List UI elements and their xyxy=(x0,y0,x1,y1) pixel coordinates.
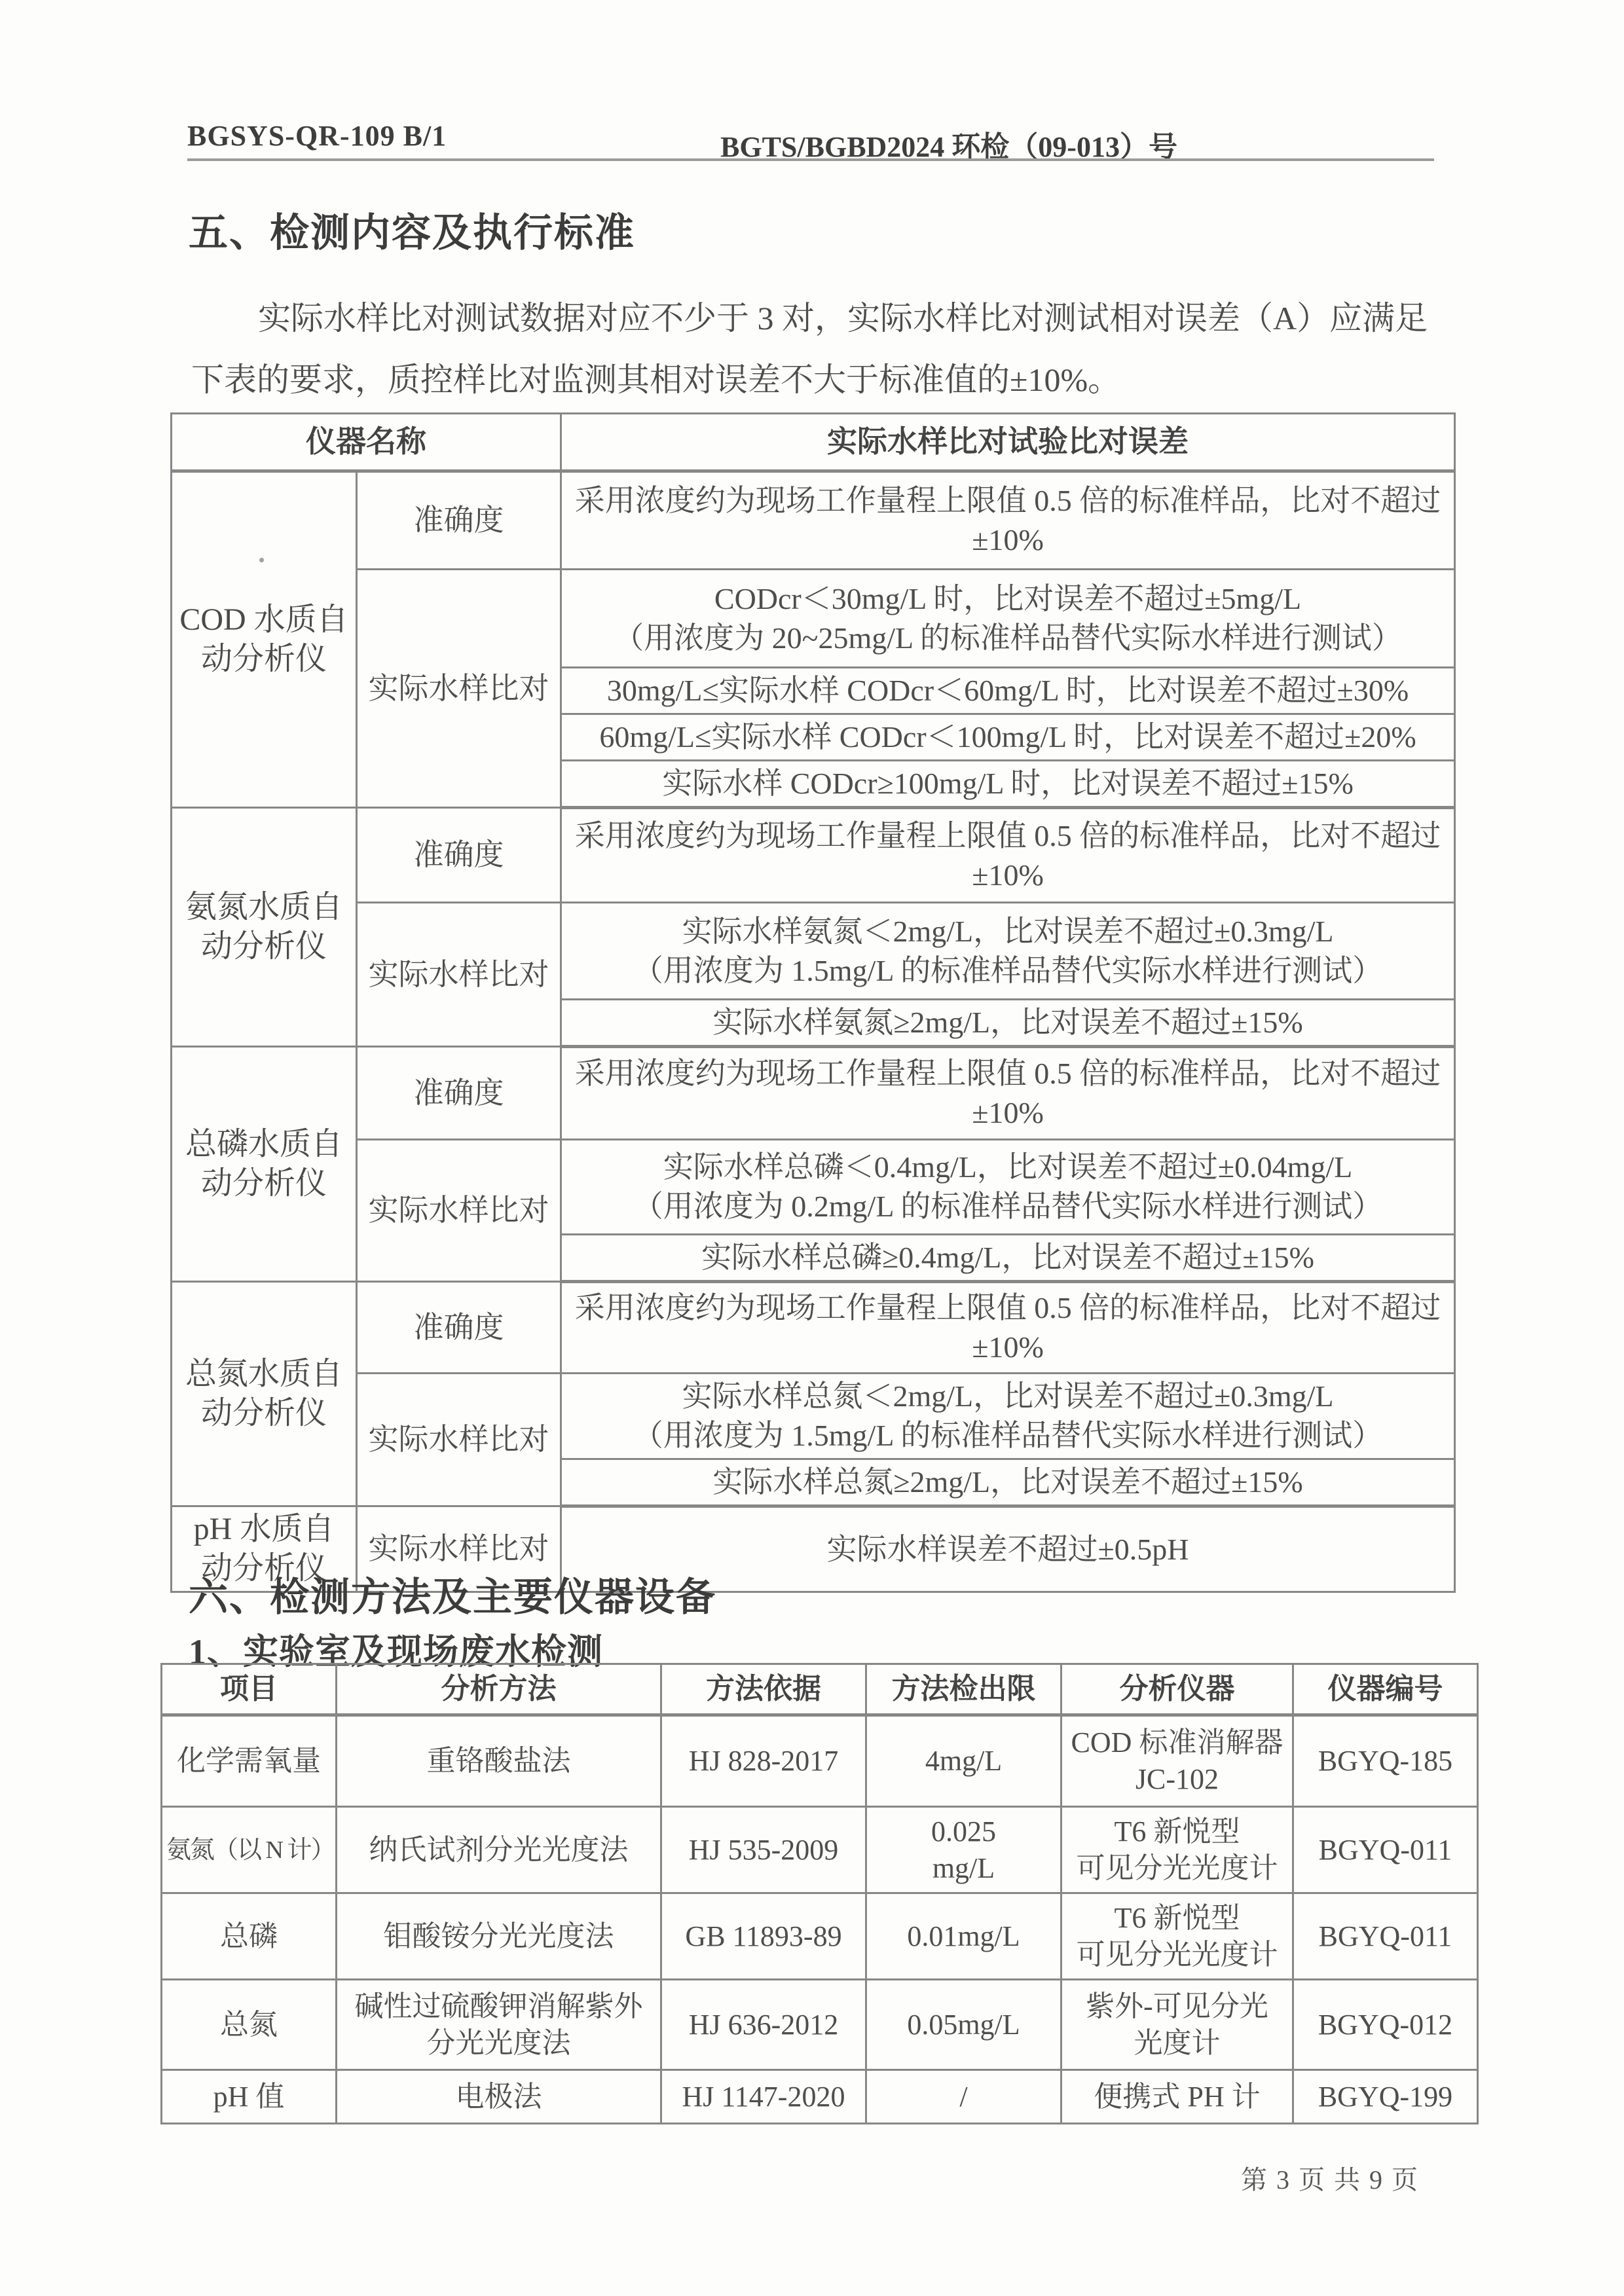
nh3-analyzer-name: 氨氮水质自 动分析仪 xyxy=(172,808,357,1047)
cod-compare-rule-4: 实际水样 CODcr≥100mg/L 时，比对误差不超过±15% xyxy=(561,761,1455,808)
col-header-item: 项目 xyxy=(162,1664,337,1715)
col-header-instrument: 分析仪器 xyxy=(1061,1664,1293,1715)
tn-standard: HJ 636-2012 xyxy=(661,1980,866,2070)
tn-accuracy-value: 采用浓度约为现场工作量程上限值 0.5 倍的标准样品，比对不超过 ±10% xyxy=(561,1282,1455,1374)
nh3-method: 纳氏试剂分光光度法 xyxy=(337,1807,661,1893)
tp-detection-limit: 0.01mg/L xyxy=(866,1893,1061,1980)
tn-accuracy-label: 准确度 xyxy=(357,1282,561,1374)
nh3-standard: HJ 535-2009 xyxy=(661,1807,866,1893)
section6-title: 六、检测方法及主要仪器设备 xyxy=(189,1566,716,1622)
cod-method: 重铬酸盐法 xyxy=(337,1715,661,1807)
cod-compare-label: 实际水样比对 xyxy=(357,570,561,808)
nh3-compare-rule-2: 实际水样氨氮≥2mg/L，比对误差不超过±15% xyxy=(561,1000,1455,1047)
tn-compare-rule-2: 实际水样总氮≥2mg/L，比对误差不超过±15% xyxy=(561,1459,1455,1506)
doc-form-code: BGSYS-QR-109 B/1 xyxy=(187,119,447,153)
tn-item: 总氮 xyxy=(162,1980,337,2070)
col-header-detection-limit: 方法检出限 xyxy=(866,1664,1061,1715)
ph-method: 电极法 xyxy=(337,2070,661,2124)
nh3-compare-rule-1: 实际水样氨氮＜2mg/L，比对误差不超过±0.3mg/L （用浓度为 1.5mg… xyxy=(561,903,1455,1000)
nh3-accuracy-value: 采用浓度约为现场工作量程上限值 0.5 倍的标准样品，比对不超过 ±10% xyxy=(561,808,1455,903)
tp-compare-rule-1: 实际水样总磷＜0.4mg/L，比对误差不超过±0.04mg/L （用浓度为 0.… xyxy=(561,1140,1455,1235)
tp-accuracy-label: 准确度 xyxy=(357,1047,561,1140)
intro-paragraph-line-1: 实际水样比对测试数据对应不少于 3 对，实际水样比对测试相对误差（A）应满足 xyxy=(258,292,1428,339)
tn-compare-rule-1: 实际水样总氮＜2mg/L，比对误差不超过±0.3mg/L （用浓度为 1.5mg… xyxy=(561,1374,1455,1459)
nh3-accuracy-label: 准确度 xyxy=(357,808,561,903)
table-row: 化学需氧量 重铬酸盐法 HJ 828-2017 4mg/L COD 标准消解器 … xyxy=(162,1715,1478,1807)
table-row: 实际水样比对 实际水样总氮＜2mg/L，比对误差不超过±0.3mg/L （用浓度… xyxy=(172,1374,1455,1459)
table-row: 氨氮（以 N 计） 纳氏试剂分光光度法 HJ 535-2009 0.025 mg… xyxy=(162,1807,1478,1893)
table-header-row: 项目 分析方法 方法依据 方法检出限 分析仪器 仪器编号 xyxy=(162,1664,1478,1715)
ph-detection-limit: / xyxy=(866,2070,1061,2124)
tp-instrument-no: BGYQ-011 xyxy=(1293,1893,1478,1980)
tp-analyzer-name: 总磷水质自 动分析仪 xyxy=(172,1047,357,1282)
col-header-instrument: 仪器名称 xyxy=(172,414,561,471)
tn-compare-label: 实际水样比对 xyxy=(357,1374,561,1506)
tp-compare-rule-2: 实际水样总磷≥0.4mg/L，比对误差不超过±15% xyxy=(561,1235,1455,1282)
cod-standard: HJ 828-2017 xyxy=(661,1715,866,1807)
col-header-error: 实际水样比对试验比对误差 xyxy=(561,414,1455,471)
cod-compare-rule-3: 60mg/L≤实际水样 CODcr＜100mg/L 时，比对误差不超过±20% xyxy=(561,714,1455,761)
table-row: pH 值 电极法 HJ 1147-2020 / 便携式 PH 计 BGYQ-19… xyxy=(162,2070,1478,2124)
ph-item: pH 值 xyxy=(162,2070,337,2124)
cod-compare-rule-2: 30mg/L≤实际水样 CODcr＜60mg/L 时，比对误差不超过±30% xyxy=(561,668,1455,714)
tn-analyzer-name: 总氮水质自 动分析仪 xyxy=(172,1282,357,1506)
table-row: 氨氮水质自 动分析仪 准确度 采用浓度约为现场工作量程上限值 0.5 倍的标准样… xyxy=(172,808,1455,903)
table-row: 实际水样比对 实际水样氨氮＜2mg/L，比对误差不超过±0.3mg/L （用浓度… xyxy=(172,903,1455,1000)
table-row: 总氮 碱性过硫酸钾消解紫外 分光光度法 HJ 636-2012 0.05mg/L… xyxy=(162,1980,1478,2070)
nh3-compare-label: 实际水样比对 xyxy=(357,903,561,1047)
tp-method: 钼酸铵分光光度法 xyxy=(337,1893,661,1980)
cod-item: 化学需氧量 xyxy=(162,1715,337,1807)
tp-standard: GB 11893-89 xyxy=(661,1893,866,1980)
col-header-standard: 方法依据 xyxy=(661,1664,866,1715)
table-row: 总氮水质自 动分析仪 准确度 采用浓度约为现场工作量程上限值 0.5 倍的标准样… xyxy=(172,1282,1455,1374)
comparison-error-table: 仪器名称 实际水样比对试验比对误差 COD 水质自 动分析仪 准确度 采用浓度约… xyxy=(170,412,1456,1593)
ph-standard: HJ 1147-2020 xyxy=(661,2070,866,2124)
header-rule xyxy=(187,158,1434,161)
tn-method: 碱性过硫酸钾消解紫外 分光光度法 xyxy=(337,1980,661,2070)
nh3-instrument-no: BGYQ-011 xyxy=(1293,1807,1478,1893)
tn-detection-limit: 0.05mg/L xyxy=(866,1980,1061,2070)
table-row: 总磷 钼酸铵分光光度法 GB 11893-89 0.01mg/L T6 新悦型 … xyxy=(162,1893,1478,1980)
cod-compare-rule-1: CODcr＜30mg/L 时，比对误差不超过±5mg/L （用浓度为 20~25… xyxy=(561,570,1455,668)
nh3-detection-limit: 0.025 mg/L xyxy=(866,1807,1061,1893)
scanned-report-page: BGSYS-QR-109 B/1 BGTS/BGBD2024 环检（09-013… xyxy=(0,0,1624,2296)
tn-instrument: 紫外-可见分光 光度计 xyxy=(1061,1980,1293,2070)
cod-accuracy-label: 准确度 xyxy=(357,471,561,570)
intro-paragraph-line-2: 下表的要求，质控样比对监测其相对误差不大于标准值的±10%。 xyxy=(191,354,1120,401)
nh3-instrument: T6 新悦型 可见分光光度计 xyxy=(1061,1807,1293,1893)
tp-accuracy-value: 采用浓度约为现场工作量程上限值 0.5 倍的标准样品，比对不超过 ±10% xyxy=(561,1047,1455,1140)
cod-instrument: COD 标准消解器 JC-102 xyxy=(1061,1715,1293,1807)
tp-instrument: T6 新悦型 可见分光光度计 xyxy=(1061,1893,1293,1980)
table-row: 总磷水质自 动分析仪 准确度 采用浓度约为现场工作量程上限值 0.5 倍的标准样… xyxy=(172,1047,1455,1140)
section5-title: 五、检测内容及执行标准 xyxy=(189,202,635,258)
cod-accuracy-value: 采用浓度约为现场工作量程上限值 0.5 倍的标准样品，比对不超过 ±10% xyxy=(561,471,1455,570)
table-row: 实际水样比对 实际水样总磷＜0.4mg/L，比对误差不超过±0.04mg/L （… xyxy=(172,1140,1455,1235)
nh3-item: 氨氮（以 N 计） xyxy=(162,1807,337,1893)
scan-speck xyxy=(259,558,264,562)
cod-analyzer-name: COD 水质自 动分析仪 xyxy=(172,471,357,808)
ph-instrument-no: BGYQ-199 xyxy=(1293,2070,1478,2124)
cod-detection-limit: 4mg/L xyxy=(866,1715,1061,1807)
cod-instrument-no: BGYQ-185 xyxy=(1293,1715,1478,1807)
tn-instrument-no: BGYQ-012 xyxy=(1293,1980,1478,2070)
ph-instrument: 便携式 PH 计 xyxy=(1061,2070,1293,2124)
col-header-instrument-no: 仪器编号 xyxy=(1293,1664,1478,1715)
table-header-row: 仪器名称 实际水样比对试验比对误差 xyxy=(172,414,1455,471)
table-row: COD 水质自 动分析仪 准确度 采用浓度约为现场工作量程上限值 0.5 倍的标… xyxy=(172,471,1455,570)
method-instrument-table: 项目 分析方法 方法依据 方法检出限 分析仪器 仪器编号 化学需氧量 重铬酸盐法… xyxy=(160,1663,1479,2124)
table-row: 实际水样比对 CODcr＜30mg/L 时，比对误差不超过±5mg/L （用浓度… xyxy=(172,570,1455,668)
col-header-method: 分析方法 xyxy=(337,1664,661,1715)
page-number: 第 3 页 共 9 页 xyxy=(1241,2159,1419,2196)
tp-item: 总磷 xyxy=(162,1893,337,1980)
tp-compare-label: 实际水样比对 xyxy=(357,1140,561,1282)
